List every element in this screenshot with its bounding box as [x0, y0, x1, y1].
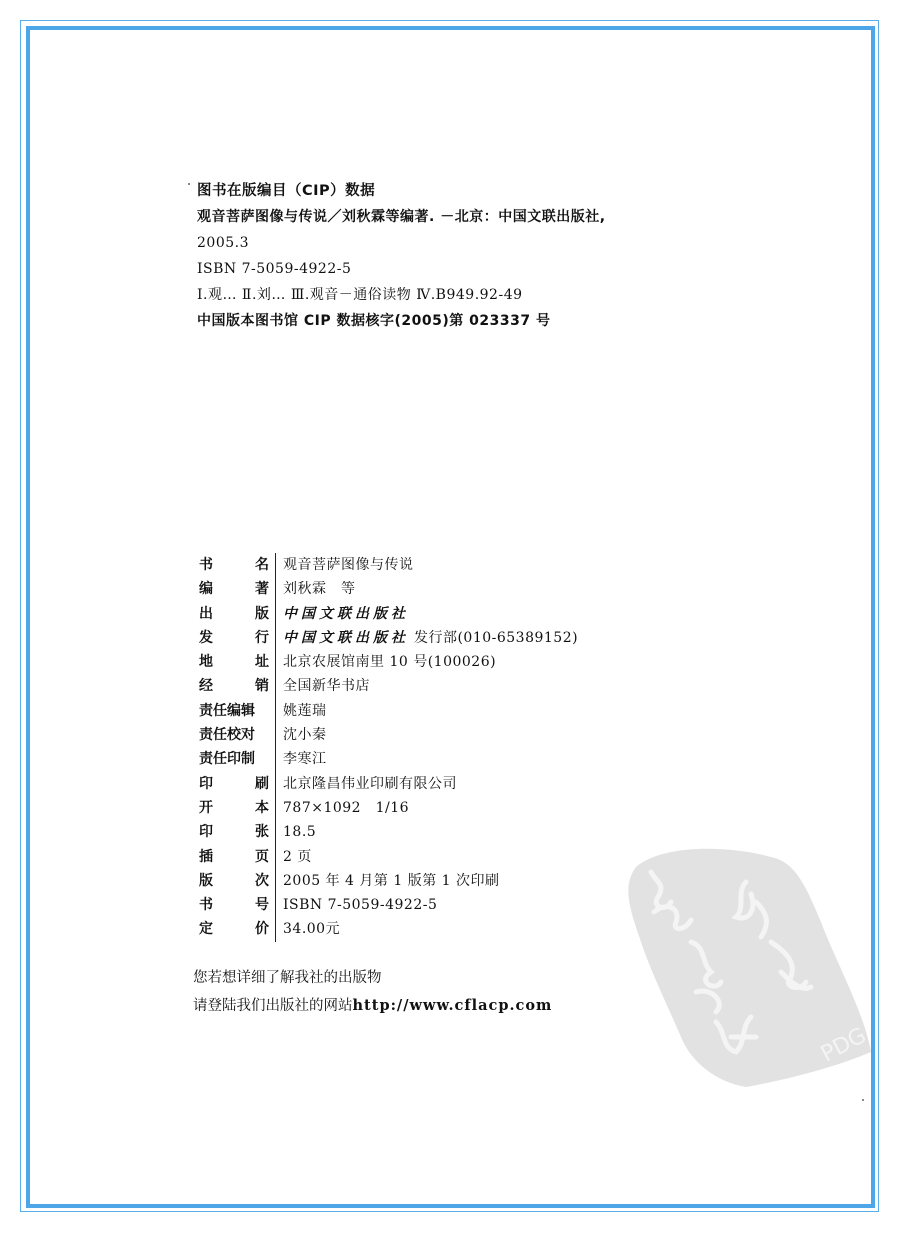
notice-line-1: 您若想详细了解我社的出版物: [193, 965, 552, 992]
label-char: 书: [199, 893, 213, 917]
column-divider: [275, 747, 276, 771]
scan-speck: [188, 183, 190, 185]
publisher-calligraphy-logo: 中国文联出版社: [283, 606, 409, 622]
scan-speck: [862, 1099, 864, 1101]
publisher-website-link[interactable]: http://www.cflacp.com: [353, 997, 553, 1014]
cip-title: 图书在版编目（CIP）数据: [197, 178, 797, 204]
column-divider: [275, 893, 276, 917]
info-label: 责任校对: [199, 723, 275, 747]
publication-info-table: 书名 观音菩萨图像与传说 编著 刘秋霖 等 出版 中国文联出版社 发行 中国文联…: [199, 553, 578, 942]
info-row-sheets: 印张 18.5: [199, 820, 578, 844]
cip-line-record-number: 中国版本图书馆 CIP 数据核字(2005)第 023337 号: [197, 308, 797, 334]
info-row-author: 编著 刘秋霖 等: [199, 577, 578, 601]
label-char: 本: [255, 796, 269, 820]
info-value: 34.00元: [283, 917, 340, 941]
label-char: 定: [199, 917, 213, 941]
info-value: 刘秋霖 等: [283, 577, 356, 601]
info-value: 沈小秦: [283, 723, 327, 747]
info-value: 2005 年 4 月第 1 版第 1 次印刷: [283, 869, 500, 893]
label-char: 著: [255, 577, 269, 601]
info-row-book-title: 书名 观音菩萨图像与传说: [199, 553, 578, 577]
column-divider: [275, 650, 276, 674]
info-value: 787×1092 1/16: [283, 796, 409, 820]
column-divider: [275, 674, 276, 698]
info-value: 姚莲瑞: [283, 699, 327, 723]
label-char: 印: [199, 772, 213, 796]
column-divider: [275, 917, 276, 941]
column-divider: [275, 626, 276, 650]
column-divider: [275, 820, 276, 844]
website-notice: 您若想详细了解我社的出版物 请登陆我们出版社的网站http://www.cfla…: [193, 965, 552, 1019]
info-row-distribution: 发行 中国文联出版社 发行部(010-65389152): [199, 626, 578, 650]
info-row-print-supervisor: 责任印制 李寒江: [199, 747, 578, 771]
cip-data-block: 图书在版编目（CIP）数据 观音菩萨图像与传说／刘秋霖等编著. －北京：中国文联…: [197, 178, 797, 334]
label-char: 版: [255, 602, 269, 626]
publisher-calligraphy-logo: 中国文联出版社: [283, 630, 409, 646]
info-value: 2 页: [283, 845, 312, 869]
column-divider: [275, 577, 276, 601]
info-value: 北京农展馆南里 10 号(100026): [283, 650, 496, 674]
column-divider: [275, 602, 276, 626]
label-char: 印: [199, 820, 213, 844]
label-char: 刷: [255, 772, 269, 796]
info-label: 责任印制: [199, 747, 275, 771]
info-row-inserts: 插页 2 页: [199, 845, 578, 869]
column-divider: [275, 845, 276, 869]
info-row-publisher: 出版 中国文联出版社: [199, 602, 578, 626]
label-char: 地: [199, 650, 213, 674]
label-char: 出: [199, 602, 213, 626]
info-value: 全国新华书店: [283, 674, 370, 698]
label-char: 址: [255, 650, 269, 674]
info-row-price: 定价 34.00元: [199, 917, 578, 941]
notice-prefix: 请登陆我们出版社的网站: [193, 998, 353, 1014]
info-row-printer: 印刷 北京隆昌伟业印刷有限公司: [199, 772, 578, 796]
info-row-seller: 经销 全国新华书店: [199, 674, 578, 698]
info-value: 观音菩萨图像与传说: [283, 553, 414, 577]
label-char: 号: [255, 893, 269, 917]
column-divider: [275, 723, 276, 747]
info-row-address: 地址 北京农展馆南里 10 号(100026): [199, 650, 578, 674]
column-divider: [275, 869, 276, 893]
info-row-proofreader: 责任校对 沈小秦: [199, 723, 578, 747]
notice-line-2: 请登陆我们出版社的网站http://www.cflacp.com: [193, 992, 552, 1019]
column-divider: [275, 553, 276, 577]
cip-line-classification: Ⅰ.观… Ⅱ.刘… Ⅲ.观音－通俗读物 Ⅳ.B949.92-49: [197, 282, 797, 308]
info-row-isbn: 书号 ISBN 7-5059-4922-5: [199, 893, 578, 917]
label-char: 经: [199, 674, 213, 698]
label-char: 名: [255, 553, 269, 577]
cip-line-date: 2005.3: [197, 230, 797, 256]
column-divider: [275, 796, 276, 820]
label-char: 版: [199, 869, 213, 893]
info-value: 18.5: [283, 820, 316, 844]
label-char: 行: [255, 626, 269, 650]
cip-line-title-author-publisher: 观音菩萨图像与传说／刘秋霖等编著. －北京：中国文联出版社,: [197, 204, 797, 230]
label-char: 价: [255, 917, 269, 941]
info-row-edition: 版次 2005 年 4 月第 1 版第 1 次印刷: [199, 869, 578, 893]
info-row-format: 开本 787×1092 1/16: [199, 796, 578, 820]
label-char: 开: [199, 796, 213, 820]
label-char: 发: [199, 626, 213, 650]
column-divider: [275, 772, 276, 796]
info-value: 发行部(010-65389152): [409, 630, 578, 646]
label-char: 张: [255, 820, 269, 844]
info-value: 李寒江: [283, 747, 327, 771]
cip-line-isbn: ISBN 7-5059-4922-5: [197, 256, 797, 282]
label-char: 编: [199, 577, 213, 601]
seal-stamp-icon: PDG: [596, 812, 876, 1092]
info-value: ISBN 7-5059-4922-5: [283, 893, 437, 917]
label-char: 次: [255, 869, 269, 893]
info-row-editor: 责任编辑 姚莲瑞: [199, 699, 578, 723]
label-char: 书: [199, 553, 213, 577]
column-divider: [275, 699, 276, 723]
info-label: 责任编辑: [199, 699, 275, 723]
label-char: 页: [255, 845, 269, 869]
label-char: 销: [255, 674, 269, 698]
label-char: 插: [199, 845, 213, 869]
info-value: 北京隆昌伟业印刷有限公司: [283, 772, 457, 796]
